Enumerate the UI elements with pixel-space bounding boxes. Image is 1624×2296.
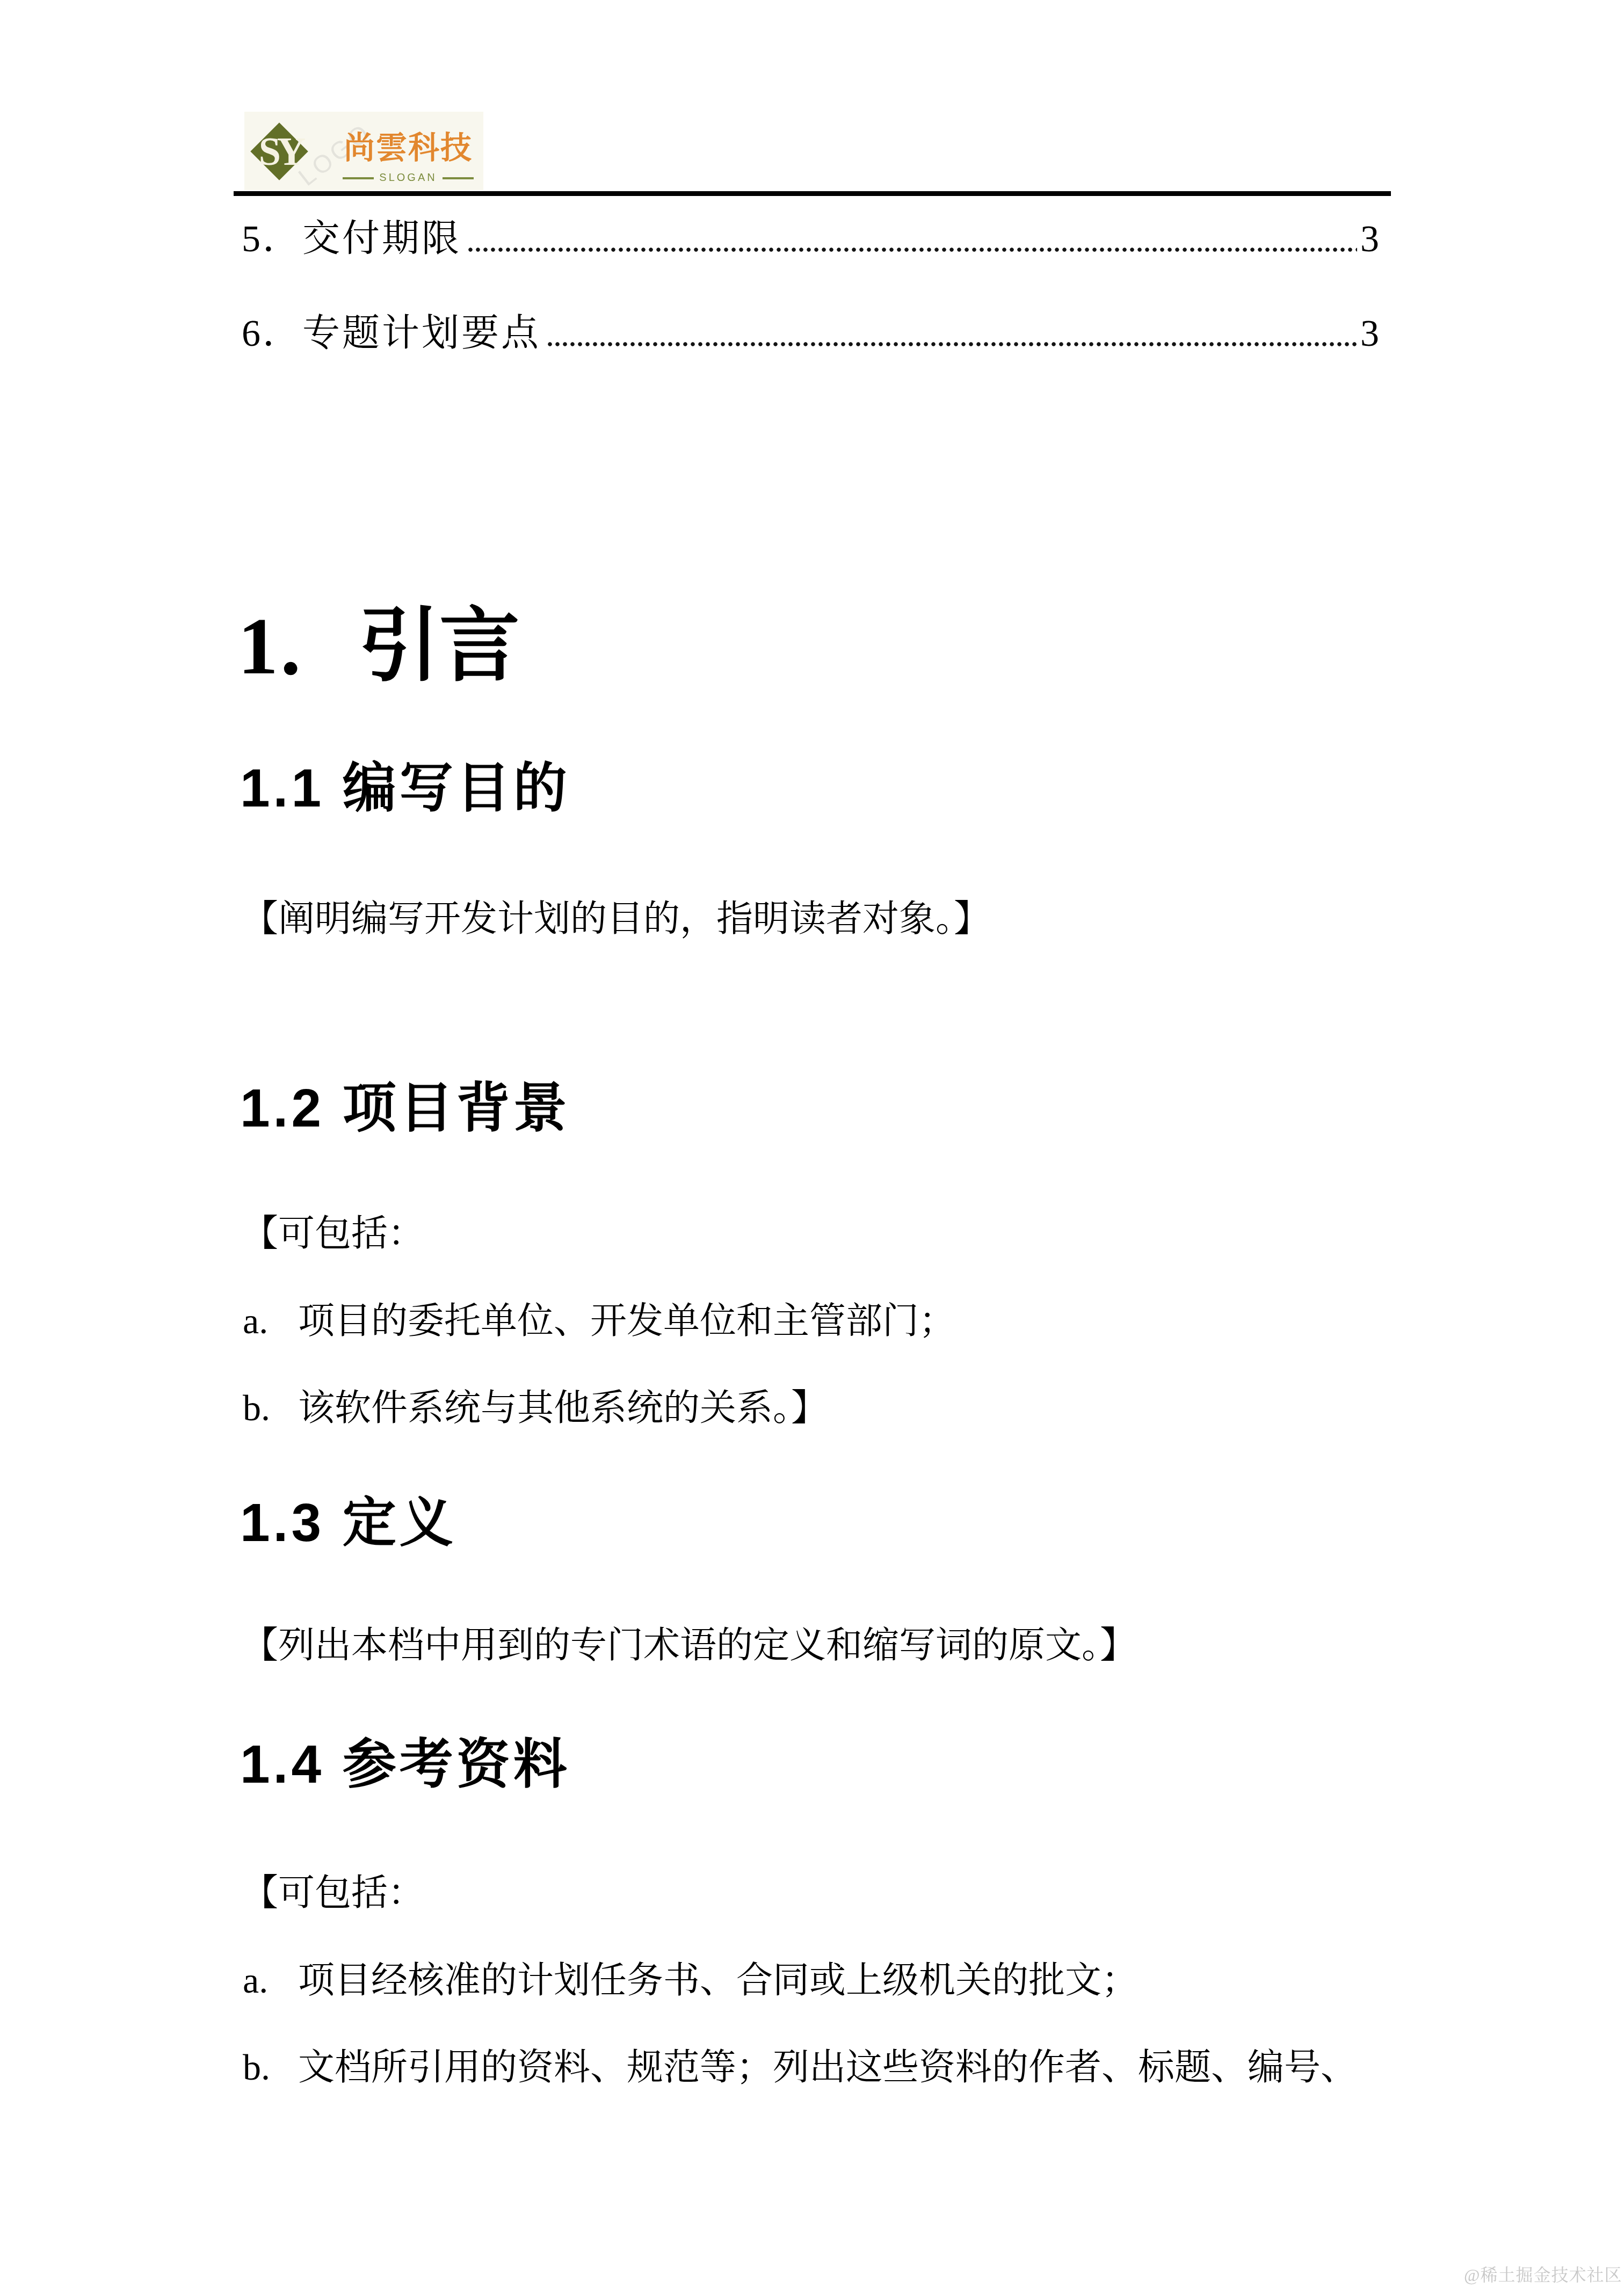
chapter-heading: 1．引言 xyxy=(238,598,520,695)
logo-text-group: 尚雲科技 SLOGAN xyxy=(338,122,478,184)
list-item: a. 项目经核准的计划任务书、合同或上级机关的批文； xyxy=(243,1959,1451,2003)
list-item: a. 项目的委托单位、开发单位和主管部门； xyxy=(243,1299,1451,1343)
toc-page-number: 3 xyxy=(1360,217,1379,262)
paragraph: 【阐明编写开发计划的目的，指明读者对象。】 xyxy=(242,897,1423,941)
list-item-letter: b. xyxy=(243,2046,298,2090)
list-item: b. 文档所引用的资料、规范等；列出这些资料的作者、标题、编号、 xyxy=(243,2046,1451,2090)
toc-entry-number: 6． xyxy=(242,313,302,354)
toc-page-number: 3 xyxy=(1360,311,1379,357)
section-heading-1-1: 1.1 编写目的 xyxy=(240,756,570,820)
list-item-letter: b. xyxy=(243,1386,298,1430)
chapter-number: 1． xyxy=(238,602,359,691)
paragraph: 【列出本档中用到的专门术语的定义和缩写词的原文。】 xyxy=(242,1624,1423,1668)
list-item-text: 项目经核准的计划任务书、合同或上级机关的批文； xyxy=(298,1959,1138,2003)
toc-entry-label: 5．交付期限 xyxy=(242,217,461,262)
toc-entry-6[interactable]: 6．专题计划要点 3 xyxy=(242,311,1379,357)
toc-dot-leader xyxy=(546,339,1357,349)
list-item-text: 该软件系统与其他系统的关系。】 xyxy=(298,1386,828,1430)
company-name: 尚雲科技 xyxy=(344,122,473,168)
toc-entry-title: 交付期限 xyxy=(302,219,461,260)
slogan-row: SLOGAN xyxy=(343,172,473,184)
section-heading-1-4: 1.4 参考资料 xyxy=(240,1732,570,1797)
header-divider xyxy=(234,191,1391,196)
section-heading-1-2: 1.2 项目背景 xyxy=(240,1076,570,1140)
paragraph: 【可包括： xyxy=(242,1871,1423,1915)
slogan-right-line xyxy=(443,177,474,179)
section-heading-1-3: 1.3 定义 xyxy=(240,1491,456,1555)
paragraph: 【可包括： xyxy=(242,1212,1423,1256)
toc-dot-leader xyxy=(467,245,1357,255)
toc-entry-label: 6．专题计划要点 xyxy=(242,311,541,357)
slogan-left-line xyxy=(343,177,374,179)
list-item-letter: a. xyxy=(243,1959,298,2003)
slogan-text: SLOGAN xyxy=(379,172,437,184)
logo-monogram: SY xyxy=(243,128,318,176)
chapter-title: 引言 xyxy=(359,602,520,691)
toc-entry-5[interactable]: 5．交付期限 3 xyxy=(242,217,1379,262)
toc-entry-number: 5． xyxy=(242,219,302,260)
list-item-letter: a. xyxy=(243,1299,298,1343)
list-item-text: 项目的委托单位、开发单位和主管部门； xyxy=(298,1299,955,1343)
list-item: b. 该软件系统与其他系统的关系。】 xyxy=(243,1386,1451,1430)
document-page: LOGO SY 尚雲科技 SLOGAN 5．交付期限 3 6．专题计划要点 3 … xyxy=(0,0,1624,2296)
toc-entry-title: 专题计划要点 xyxy=(302,313,541,354)
list-item-text: 文档所引用的资料、规范等；列出这些资料的作者、标题、编号、 xyxy=(298,2046,1357,2090)
site-watermark: @稀土掘金技术社区 xyxy=(1464,2262,1622,2286)
